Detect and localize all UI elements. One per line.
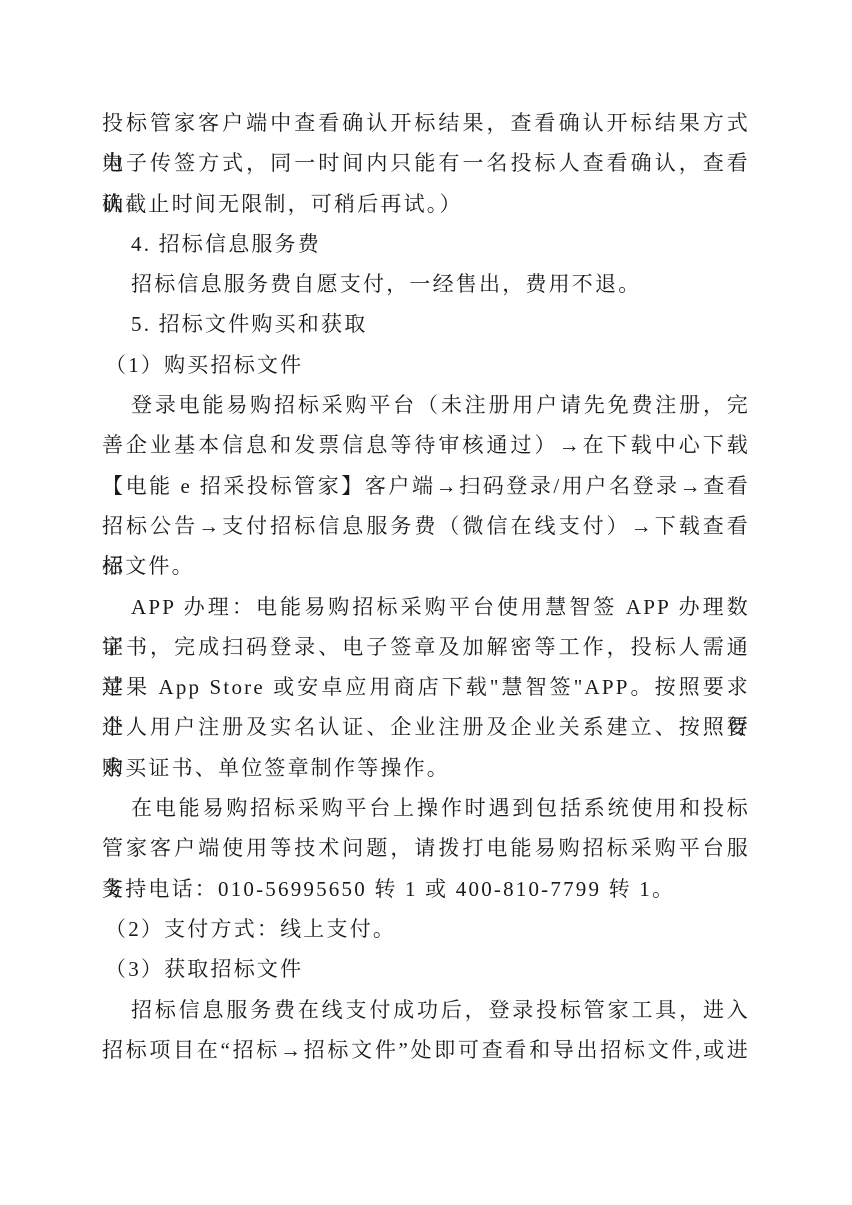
section-heading-line: 4. 招标信息服务费 bbox=[102, 224, 750, 264]
text-line: 【电能 e 招采投标管家】客户端→扫码登录/用户名登录→查看 bbox=[102, 466, 750, 506]
text-line: 招标项目在“招标→招标文件”处即可查看和导出招标文件,或进 bbox=[102, 1030, 750, 1070]
text-line: 招标公告→支付招标信息服务费（微信在线支付）→下载查看招 bbox=[102, 506, 750, 546]
text-line: 招标信息服务费自愿支付，一经售出，费用不退。 bbox=[102, 264, 750, 304]
text-line: 标文件。 bbox=[102, 546, 750, 586]
section-heading-line: 5. 招标文件购买和获取 bbox=[102, 304, 750, 344]
text-line: 管家客户端使用等技术问题，请拨打电能易购招标采购平台服务 bbox=[102, 828, 750, 868]
subsection-heading-line: （3）获取招标文件 bbox=[102, 949, 750, 989]
text-line: 个人用户注册及实名认证、企业注册及企业关系建立、按照要求 bbox=[102, 707, 750, 747]
text-line: APP 办理：电能易购招标采购平台使用慧智签 APP 办理数字 bbox=[102, 587, 750, 627]
text-line: 在电能易购招标采购平台上操作时遇到包括系统使用和投标 bbox=[102, 788, 750, 828]
subsection-heading-line: （2）支付方式：线上支付。 bbox=[102, 909, 750, 949]
text-line: 苹果 App Store 或安卓应用商店下载"慧智签"APP。按照要求进行 bbox=[102, 667, 750, 707]
text-line: 善企业基本信息和发票信息等待审核通过）→在下载中心下载 bbox=[102, 425, 750, 465]
text-line: 证书，完成扫码登录、电子签章及加解密等工作，投标人需通过 bbox=[102, 627, 750, 667]
text-line: 登录电能易购招标采购平台（未注册用户请先免费注册，完 bbox=[102, 385, 750, 425]
text-line: 支持电话：010-56995650 转 1 或 400-810-7799 转 1… bbox=[102, 869, 750, 909]
text-line: 招标信息服务费在线支付成功后，登录投标管家工具，进入 bbox=[102, 990, 750, 1030]
text-line: 购买证书、单位签章制作等操作。 bbox=[102, 748, 750, 788]
text-line: 认截止时间无限制，可稍后再试。） bbox=[102, 184, 750, 224]
subsection-heading-line: （1）购买招标文件 bbox=[102, 345, 750, 385]
text-line: 电子传签方式，同一时间内只能有一名投标人查看确认，查看确 bbox=[102, 143, 750, 183]
text-line: 投标管家客户端中查看确认开标结果，查看确认开标结果方式为 bbox=[102, 103, 750, 143]
document-page: 投标管家客户端中查看确认开标结果，查看确认开标结果方式为 电子传签方式，同一时间… bbox=[0, 0, 852, 1205]
